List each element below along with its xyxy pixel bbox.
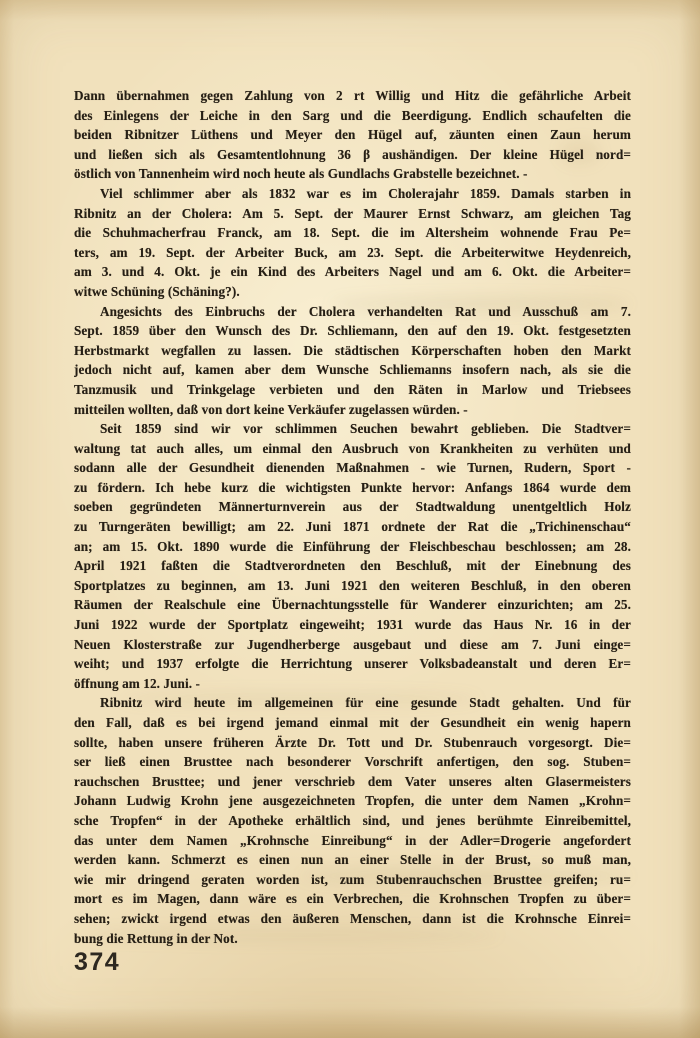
scanned-book-page: Dann übernahmen gegen Zahlung von 2 rt W… [0, 0, 700, 1038]
text-line: östlich von Tannenheim wird noch heute a… [74, 164, 631, 184]
text-line: Räumen der Realschule eine Übernachtungs… [74, 595, 631, 615]
text-line: April 1921 faßten die Stadtverordneten d… [74, 556, 631, 576]
text-line: soeben gegründeten Männerturnverein aus … [74, 497, 631, 517]
text-line: am 3. und 4. Okt. je ein Kind des Arbeit… [74, 262, 631, 282]
text-line: die Schuhmacherfrau Franck, am 18. Sept.… [74, 223, 631, 243]
text-line: Dann übernahmen gegen Zahlung von 2 rt W… [74, 86, 631, 106]
text-line: Viel schlimmer aber als 1832 war es im C… [74, 184, 631, 204]
text-line: zu Turngeräten bewilligt; am 22. Juni 18… [74, 517, 631, 537]
paragraph: Angesichts des Einbruchs der Cholera ver… [74, 302, 631, 420]
page-number: 374 [74, 948, 120, 977]
text-line: beiden Ribnitzer Lüthens und Meyer den H… [74, 125, 631, 145]
paragraph: Ribnitz wird heute im allgemeinen für ei… [74, 693, 631, 948]
text-line: rauchschen Brusttee; und jener verschrie… [74, 772, 631, 792]
text-line: des Einlegens der Leiche in den Sarg und… [74, 106, 631, 126]
text-line: und ließen sich als Gesamtentlohnung 36 … [74, 145, 631, 165]
text-line: sche Tropfen“ in der Apotheke erhältlich… [74, 811, 631, 831]
text-line: Tanzmusik und Trinkgelage verbieten und … [74, 380, 631, 400]
text-line: öffnung am 12. Juni. - [74, 674, 631, 694]
text-line: bung die Rettung in der Not. [74, 929, 631, 949]
text-line: Sept. 1859 über den Wunsch des Dr. Schli… [74, 321, 631, 341]
text-line: Herbstmarkt wegfallen zu lassen. Die stä… [74, 341, 631, 361]
text-line: waltung tat auch alles, um einmal den Au… [74, 439, 631, 459]
paragraph: Viel schlimmer aber als 1832 war es im C… [74, 184, 631, 302]
text-line: Seit 1859 sind wir vor schlimmen Seuchen… [74, 419, 631, 439]
text-line: das unter dem Namen „Krohnsche Einreibun… [74, 831, 631, 851]
text-line: den Fall, daß es bei irgend jemand einma… [74, 713, 631, 733]
paragraph: Dann übernahmen gegen Zahlung von 2 rt W… [74, 86, 631, 184]
text-line: mitteilen wollten, daß von dort keine Ve… [74, 400, 631, 420]
text-line: sollte, haben unsere früheren Ärzte Dr. … [74, 733, 631, 753]
text-line: Angesichts des Einbruchs der Cholera ver… [74, 302, 631, 322]
text-line: wie mir dringend geraten worden ist, zum… [74, 870, 631, 890]
text-line: Neuen Klosterstraße zur Jugendherberge a… [74, 635, 631, 655]
text-line: sehen; zwickt irgend etwas den äußeren M… [74, 909, 631, 929]
page-text: Dann übernahmen gegen Zahlung von 2 rt W… [74, 86, 631, 948]
text-line: ser ließ einen Brusttee nach besonderer … [74, 752, 631, 772]
text-line: Sportplatzes zu beginnen, am 13. Juni 19… [74, 576, 631, 596]
text-line: weiht; und 1937 erfolgte die Herrichtung… [74, 654, 631, 674]
text-line: Johann Ludwig Krohn jene ausgezeichneten… [74, 791, 631, 811]
text-line: werden kann. Schmerzt es einen nun an ei… [74, 850, 631, 870]
text-line: mort es im Magen, dann wäre es ein Verbr… [74, 889, 631, 909]
text-line: Juni 1922 wurde der Sportplatz eingeweih… [74, 615, 631, 635]
text-line: Ribnitz an der Cholera: Am 5. Sept. der … [74, 204, 631, 224]
text-line: sodann alle der Gesundheit dienenden Maß… [74, 458, 631, 478]
text-line: Ribnitz wird heute im allgemeinen für ei… [74, 693, 631, 713]
paragraph: Seit 1859 sind wir vor schlimmen Seuchen… [74, 419, 631, 693]
text-line: zu fördern. Ich hebe kurz die wichtigste… [74, 478, 631, 498]
text-line: jedoch nicht auf, kamen aber dem Wunsche… [74, 360, 631, 380]
text-line: witwe Schüning (Schäning?). [74, 282, 631, 302]
text-line: ters, am 19. Sept. der Arbeiter Buck, am… [74, 243, 631, 263]
text-line: an; am 15. Okt. 1890 wurde die Einführun… [74, 537, 631, 557]
